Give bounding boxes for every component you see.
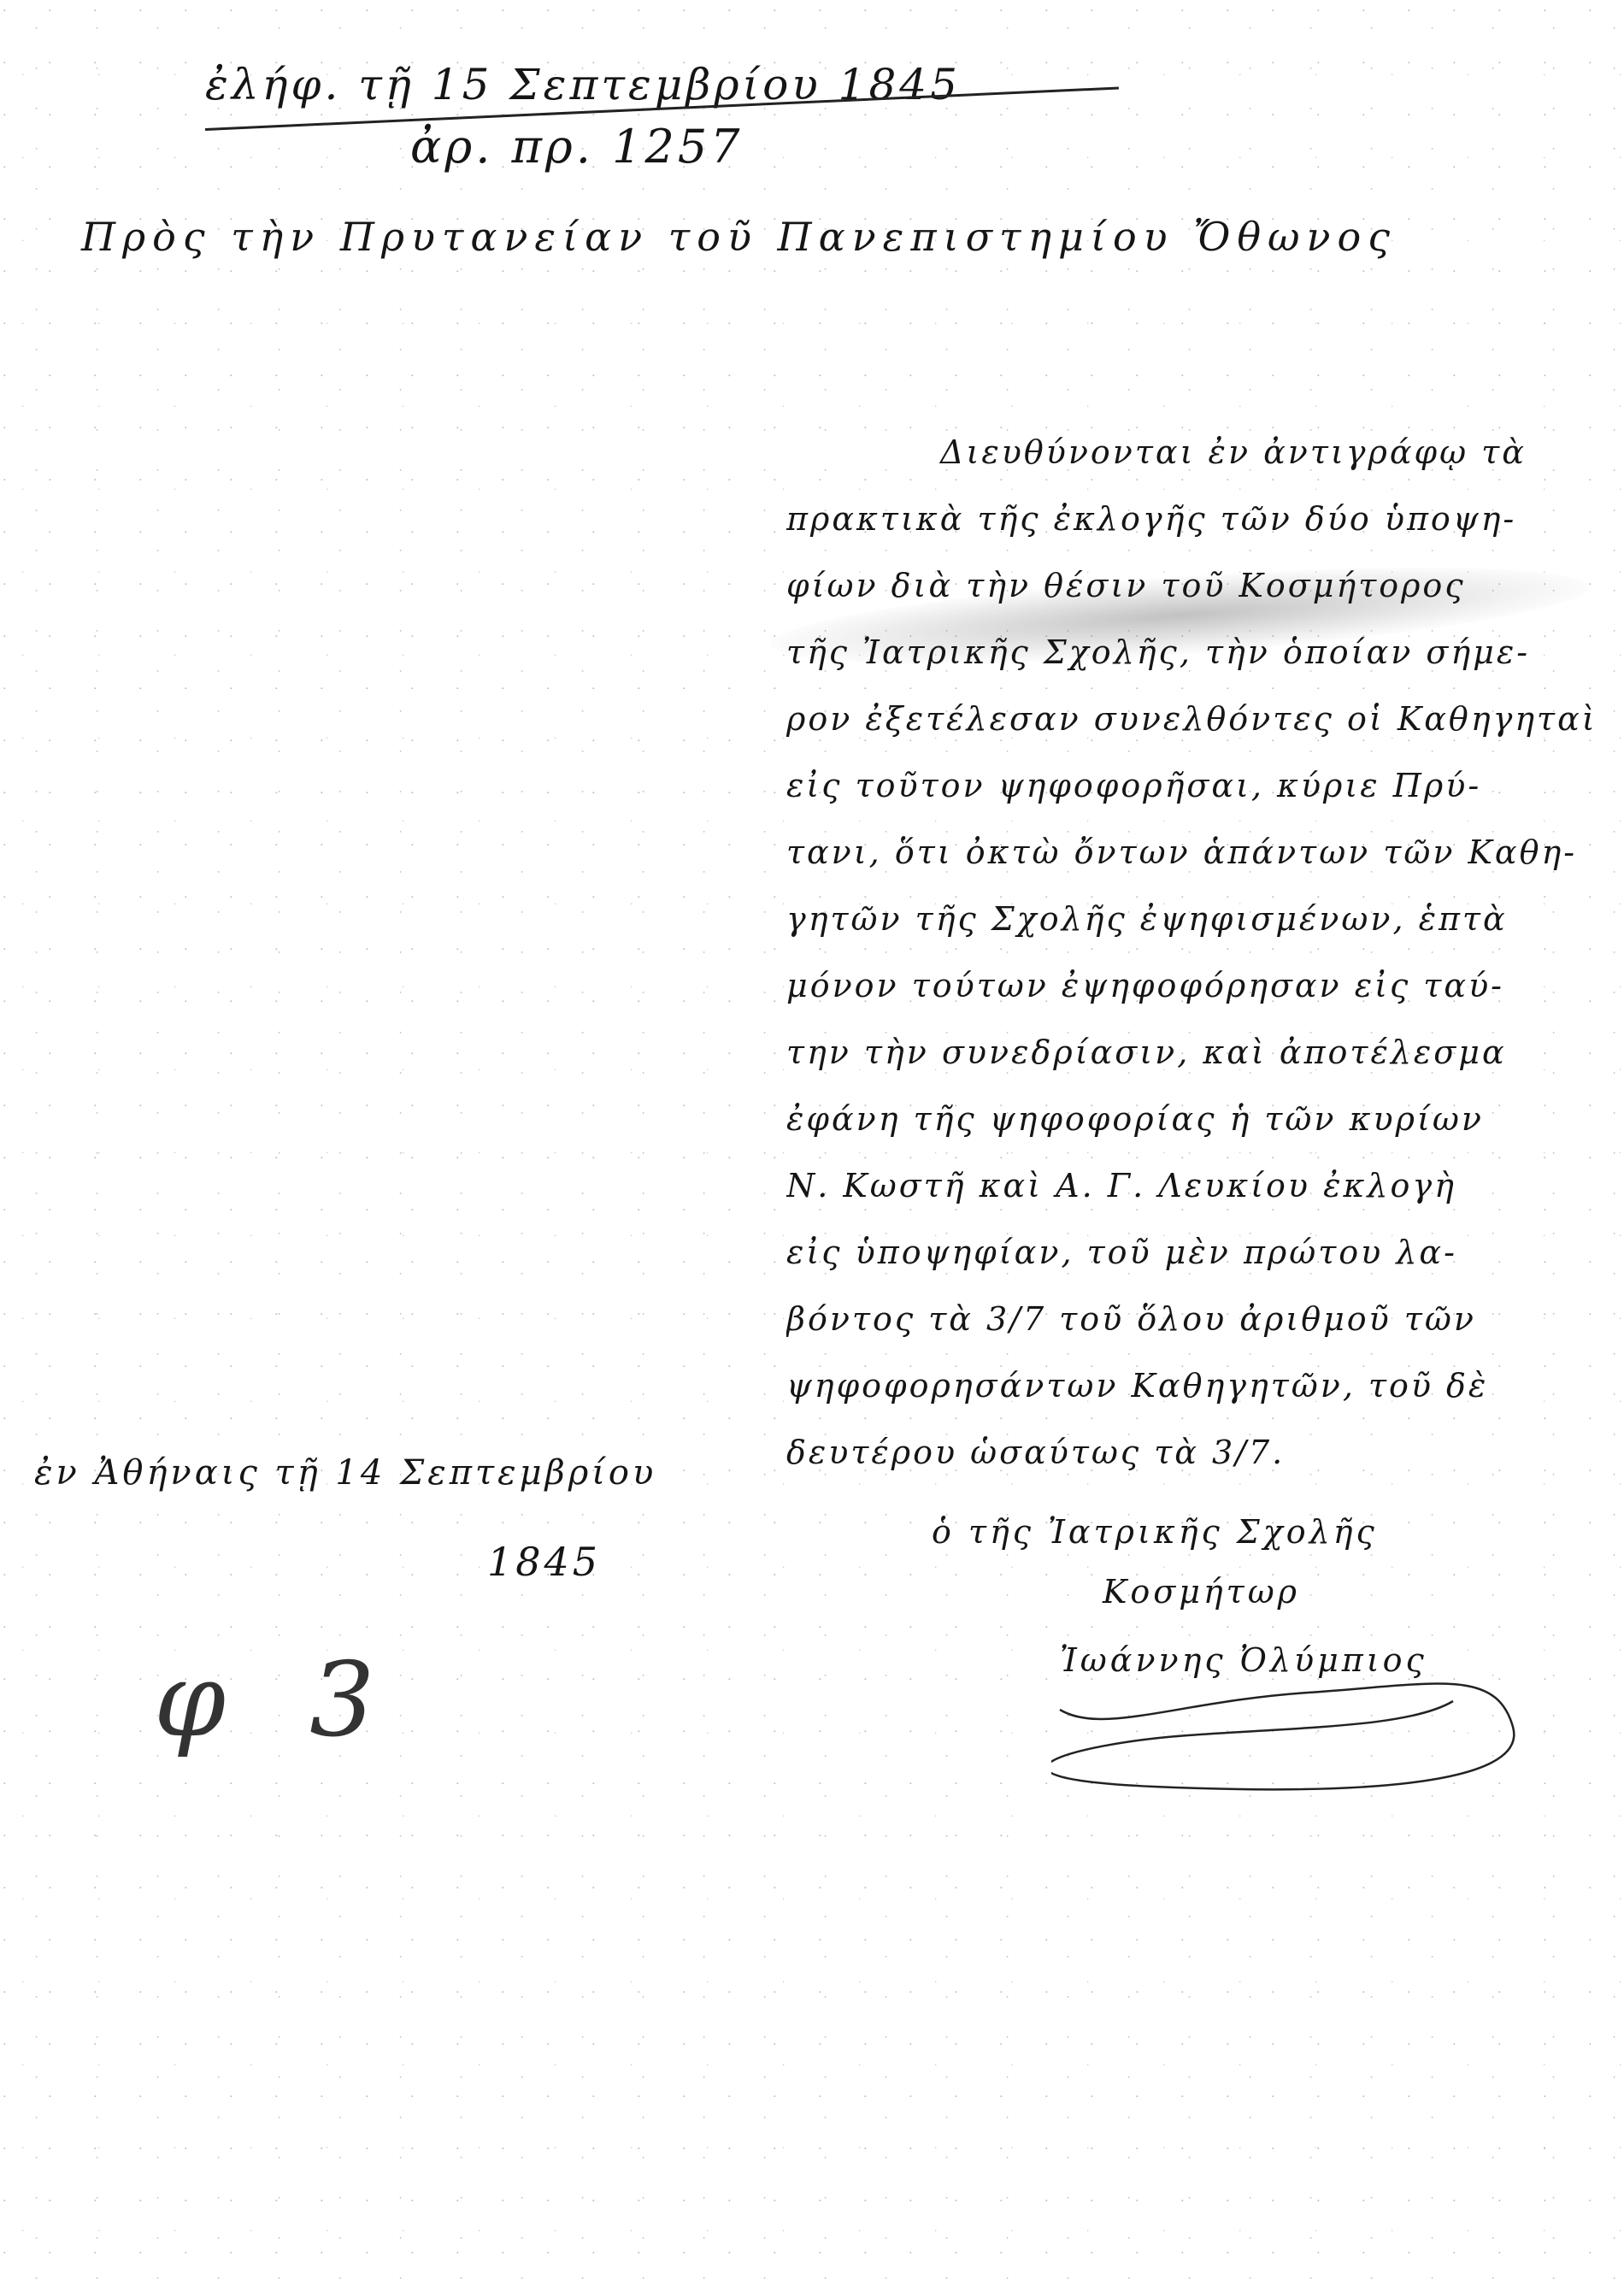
body-line: ἐφάνη τῆς ψηφοφορίας ἡ τῶν κυρίων — [786, 1086, 1607, 1152]
body-line: Ν. Κωστῆ καὶ Α. Γ. Λευκίου ἐκλογὴ — [786, 1152, 1607, 1219]
letter-body: Διευθύνονται ἐν ἀντιγράφῳ τὰ πρακτικὰ τῆ… — [786, 419, 1607, 1486]
body-line: γητῶν τῆς Σχολῆς ἐψηφισμένων, ἑπτὰ — [786, 886, 1607, 952]
signature: Ἰωάννης Ὀλύμπιος — [1060, 1641, 1427, 1679]
signature-flourish-icon — [1051, 1675, 1530, 1804]
signatory-title: Κοσμήτωρ — [1103, 1573, 1300, 1611]
received-date-line: ἐλήφ. τῇ 15 Σεπτεμβρίου 1845 — [205, 60, 961, 109]
year-line: 1845 — [487, 1539, 601, 1585]
body-line: δευτέρου ὡσαύτως τὰ 3/7. — [786, 1419, 1607, 1486]
body-line: Διευθύνονται ἐν ἀντιγράφῳ τὰ — [786, 419, 1607, 486]
body-line: ψηφοφορησάντων Καθηγητῶν, τοῦ δὲ — [786, 1352, 1607, 1419]
body-line: πρακτικὰ τῆς ἐκλογῆς τῶν δύο ὑποψη- — [786, 486, 1607, 552]
body-line: τανι, ὅτι ὀκτὼ ὄντων ἁπάντων τῶν Καθη- — [786, 819, 1607, 886]
body-line: μόνον τούτων ἐψηφοφόρησαν εἰς ταύ- — [786, 952, 1607, 1019]
manuscript-page: ἐλήφ. τῇ 15 Σεπτεμβρίου 1845 ἀρ. πρ. 125… — [0, 0, 1624, 2285]
body-line: βόντος τὰ 3/7 τοῦ ὅλου ἀριθμοῦ τῶν — [786, 1286, 1607, 1352]
protocol-number-line: ἀρ. πρ. 1257 — [410, 120, 744, 174]
body-line: την τὴν συνεδρίασιν, καὶ ἀποτέλεσμα — [786, 1019, 1607, 1086]
place-date-line: ἐν Ἀθήναις τῇ 14 Σεπτεμβρίου — [34, 1453, 656, 1493]
body-line: τῆς Ἰατρικῆς Σχολῆς, τὴν ὁποίαν σήμε- — [786, 619, 1607, 686]
signatory-office: ὁ τῆς Ἰατρικῆς Σχολῆς — [932, 1513, 1378, 1551]
body-line: φίων διὰ τὴν θέσιν τοῦ Κοσμήτορος — [786, 552, 1607, 619]
folio-mark: φ 3 — [154, 1641, 401, 1760]
addressee-line: Πρὸς τὴν Πρυτανείαν τοῦ Πανεπιστημίου Ὄθ… — [81, 214, 1397, 260]
body-line: εἰς ὑποψηφίαν, τοῦ μὲν πρώτου λα- — [786, 1219, 1607, 1286]
body-line: εἰς τοῦτον ψηφοφορῆσαι, κύριε Πρύ- — [786, 752, 1607, 819]
body-line: ρον ἐξετέλεσαν συνελθόντες οἱ Καθηγηταὶ — [786, 686, 1607, 752]
